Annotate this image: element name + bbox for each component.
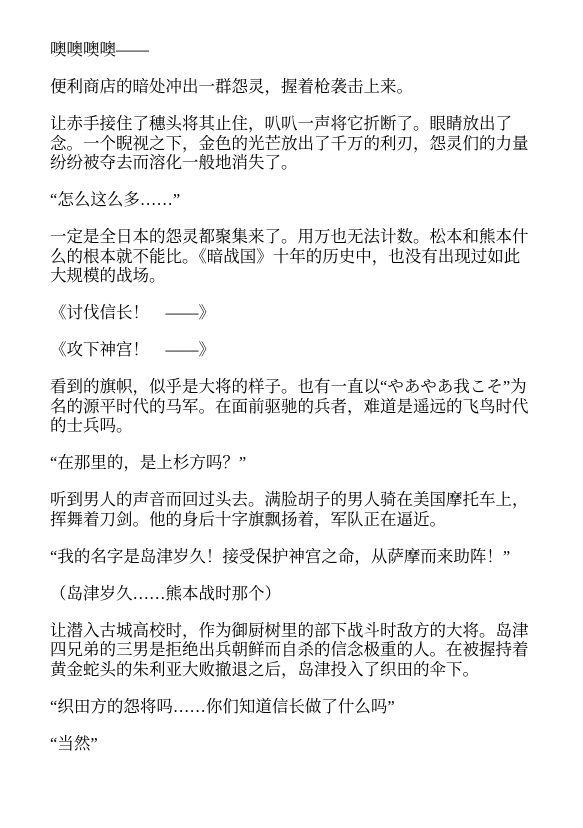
paragraph: “我的名字是岛津岁久！接受保护神宫之命，从萨摩而来助阵！” <box>50 547 531 567</box>
paragraph: （岛津岁久……熊本战时那个） <box>50 584 531 604</box>
paragraph: 《攻下神宫！ ——》 <box>50 340 531 360</box>
paragraph: 《讨伐信长！ ——》 <box>50 303 531 323</box>
document-page: 噢噢噢噢—— 便利商店的暗处冲出一群怨灵，握着枪袭击上来。 让赤手接住了穗头将其… <box>0 0 583 828</box>
paragraph: 让潜入古城高校时，作为御厨树里的部下战斗时敌方的大将。岛津四兄弟的三男是拒绝出兵… <box>50 621 531 680</box>
paragraph: “当然” <box>50 734 531 754</box>
paragraph: 噢噢噢噢—— <box>50 40 531 60</box>
paragraph: 让赤手接住了穗头将其止住，叭叭一声将它折断了。眼睛放出了念。一个睨视之下，金色的… <box>50 114 531 173</box>
paragraph: 便利商店的暗处冲出一群怨灵，握着枪袭击上来。 <box>50 77 531 97</box>
paragraph: 一定是全日本的怨灵都聚集来了。用万也无法计数。松本和熊本什么的根本就不能比。《暗… <box>50 227 531 286</box>
paragraph: 听到男人的声音而回过头去。满脸胡子的男人骑在美国摩托车上，挥舞着刀剑。他的身后十… <box>50 490 531 529</box>
paragraph: “怎么这么多……” <box>50 190 531 210</box>
paragraph: “在那里的，是上杉方吗？” <box>50 453 531 473</box>
paragraph: 看到的旗帜，似乎是大将的样子。也有一直以“やあやあ我こそ”为名的源平时代的马军。… <box>50 377 531 436</box>
paragraph: “织田方的怨将吗……你们知道信长做了什么吗” <box>50 697 531 717</box>
